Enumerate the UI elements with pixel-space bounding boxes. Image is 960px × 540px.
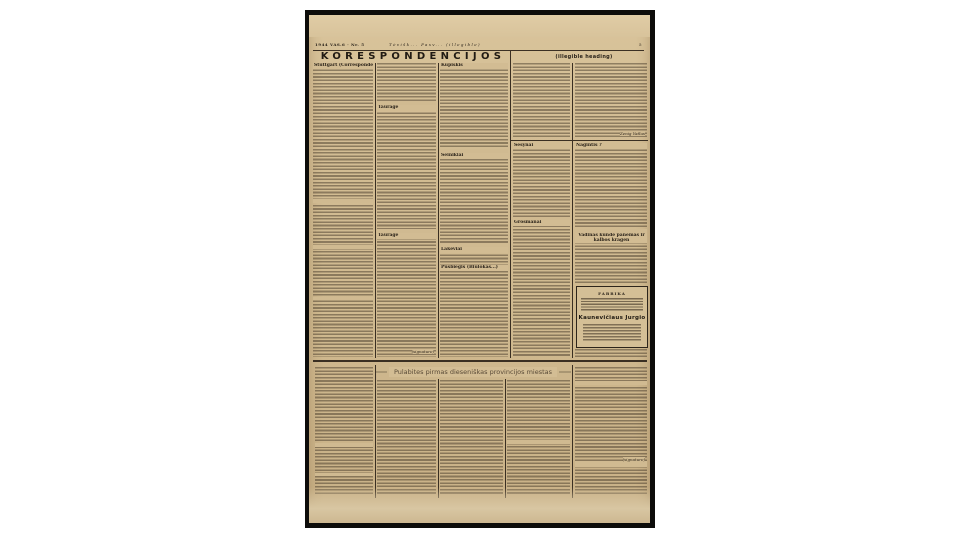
article-heading: Pusbiegis (Biulokas...) bbox=[440, 265, 508, 271]
advertisement-box: FABRIKA Kaunevičiaus Jurgio bbox=[576, 286, 648, 348]
feature-column-5: (signature) bbox=[575, 367, 647, 495]
advert-name: Kaunevičiaus Jurgio bbox=[577, 315, 647, 321]
article-column-3: Kupiškis Seinikiai Lakeviai Pusbiegis (B… bbox=[440, 63, 508, 357]
feature-column-3 bbox=[440, 380, 503, 495]
article-column-5a: Zenig Yatlus bbox=[575, 63, 647, 139]
column-rule bbox=[510, 51, 511, 358]
column-rule bbox=[505, 379, 506, 498]
article-column-4a bbox=[513, 63, 570, 139]
column-rule bbox=[375, 365, 376, 498]
feature-column-4 bbox=[507, 380, 570, 495]
column-rule bbox=[572, 63, 573, 358]
article-heading: Sesynai bbox=[513, 143, 570, 149]
article-heading: Nagintis ? bbox=[575, 143, 647, 149]
right-section-title: (illegible heading) bbox=[519, 54, 649, 60]
article-heading: Tauragė bbox=[377, 233, 436, 239]
issue-info: 1944 VAS.6 · Nr. 5 bbox=[315, 42, 365, 47]
column-rule bbox=[572, 365, 573, 498]
article-signature: (signature) bbox=[412, 349, 434, 354]
article-column-5c bbox=[575, 349, 647, 358]
article-signature: (signature) bbox=[623, 457, 645, 462]
feature-column-2 bbox=[377, 380, 436, 495]
running-head: 1944 VAS.6 · Nr. 5 Tėvišk... Pasv... (il… bbox=[313, 42, 644, 51]
newspaper-page: 1944 VAS.6 · Nr. 5 Tėvišk... Pasv... (il… bbox=[309, 15, 650, 523]
newspaper-name: Tėvišk... Pasv... (illegible) bbox=[389, 42, 481, 47]
article-heading: Stuttgart (Correspondent) bbox=[313, 63, 373, 69]
article-column-2: Tauragė Tauragė (signature) bbox=[377, 63, 436, 357]
column-rule bbox=[375, 63, 376, 358]
feature-title: Pulabites pirmas dieseniškas provincijos… bbox=[389, 367, 557, 377]
column-rule bbox=[438, 379, 439, 498]
feature-column-1 bbox=[315, 367, 373, 495]
advert-title: FABRIKA bbox=[577, 291, 647, 296]
article-heading: Kupiškis bbox=[440, 63, 508, 69]
page-divider bbox=[313, 360, 647, 362]
article-heading: Vadinas kunde panemas ir kalbos kragen bbox=[575, 233, 647, 243]
article-column-1: Stuttgart (Correspondent) bbox=[313, 63, 373, 357]
article-heading: Lakeviai bbox=[440, 247, 508, 253]
section-title: KORESPONDENCIJOS bbox=[315, 51, 511, 62]
article-heading: Tauragė bbox=[377, 105, 436, 111]
article-signature: Zenig Yatlus bbox=[620, 131, 645, 136]
article-column-5b: Nagintis ? Vadinas kunde panemas ir kalb… bbox=[575, 143, 647, 283]
page-number: 5 bbox=[639, 42, 642, 47]
column-rule bbox=[438, 63, 439, 358]
section-divider bbox=[511, 140, 648, 141]
article-heading: Seinikiai bbox=[440, 153, 508, 159]
article-heading: Grosmanai bbox=[513, 220, 570, 226]
article-column-4b: Sesynai Grosmanai bbox=[513, 143, 570, 357]
